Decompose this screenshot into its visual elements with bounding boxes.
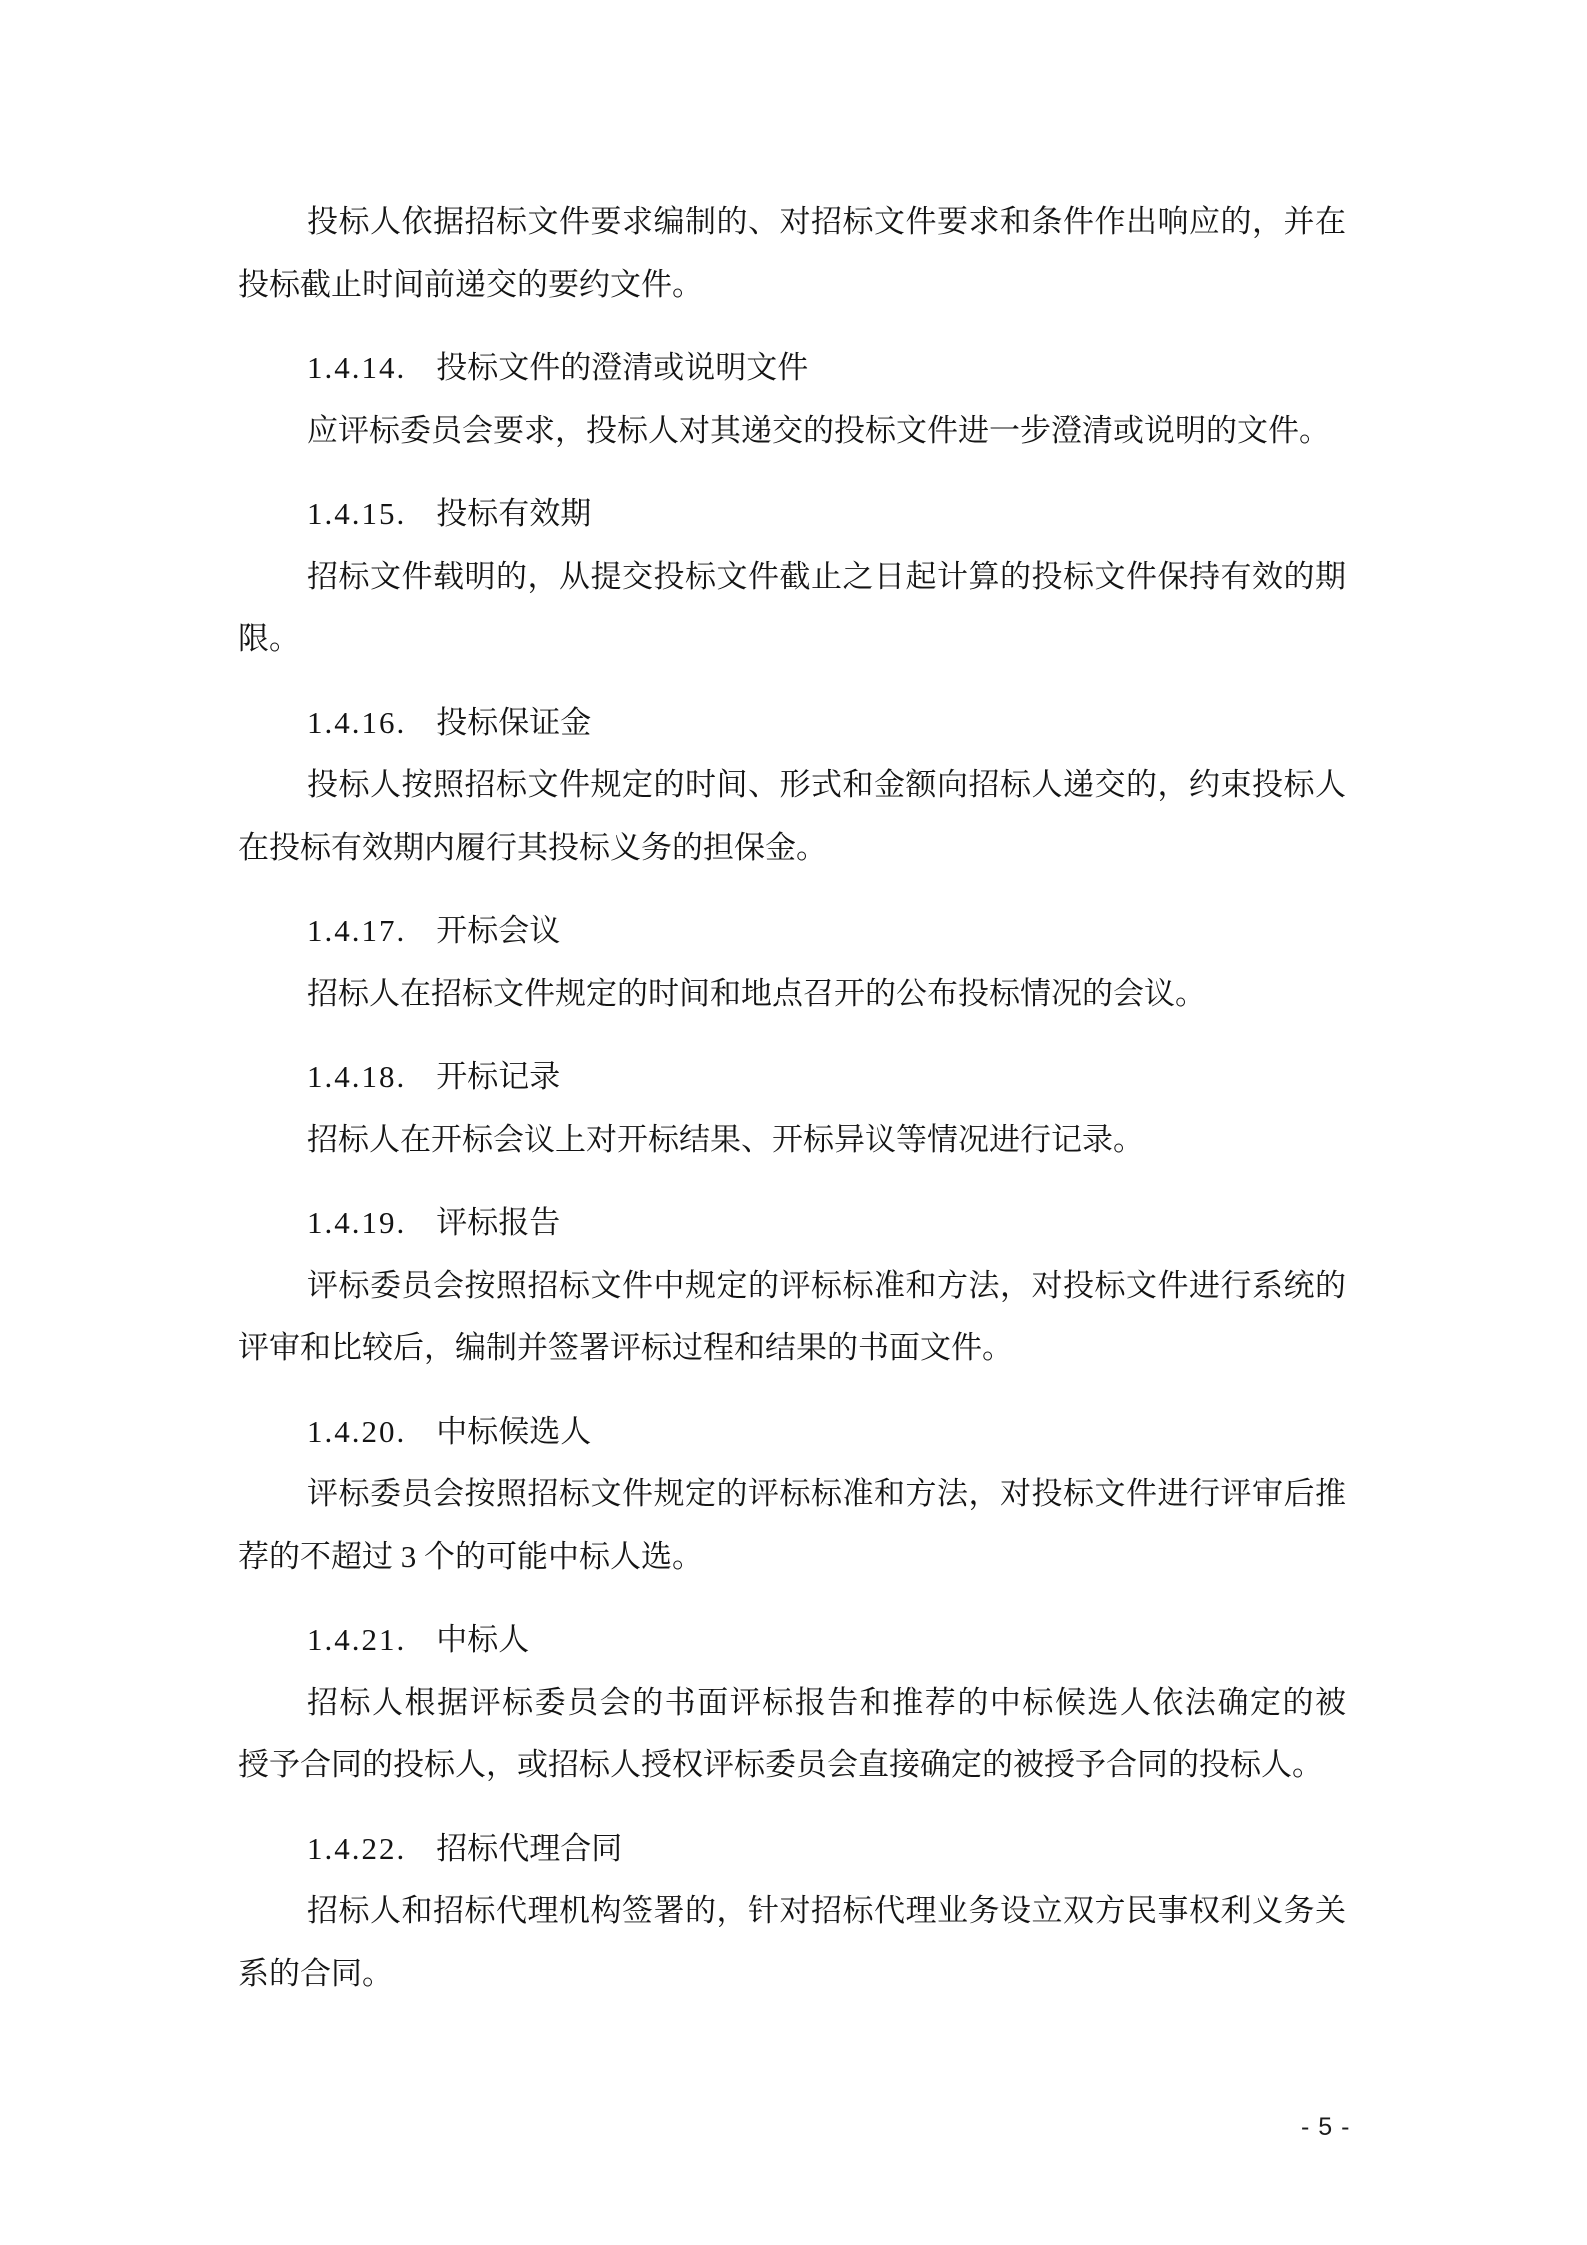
- section-title: 投标保证金: [436, 692, 591, 755]
- paragraph-line: 在投标有效期内履行其投标义务的担保金。: [238, 817, 1346, 880]
- section-title: 开标记录: [436, 1046, 560, 1109]
- paragraph-line: 投标人依据招标文件要求编制的、对招标文件要求和条件作出响应的，并在: [238, 191, 1346, 254]
- paragraph-line: 招标人在开标会议上对开标结果、开标异议等情况进行记录。: [238, 1109, 1346, 1172]
- section-heading: 1.4.17. 开标会议: [238, 900, 1346, 963]
- paragraph-line: 授予合同的投标人，或招标人授权评标委员会直接确定的被授予合同的投标人。: [238, 1734, 1346, 1797]
- section-paragraph: 招标人在开标会议上对开标结果、开标异议等情况进行记录。: [238, 1109, 1346, 1172]
- section-title: 中标人: [436, 1609, 529, 1672]
- section-heading: 1.4.21. 中标人: [238, 1609, 1346, 1672]
- paragraph-line: 投标截止时间前递交的要约文件。: [238, 254, 1346, 317]
- section-number: 1.4.19.: [307, 1192, 406, 1255]
- paragraph-line: 限。: [238, 608, 1346, 671]
- section-number: 1.4.22.: [307, 1818, 406, 1881]
- section-heading: 1.4.16. 投标保证金: [238, 692, 1346, 755]
- paragraph-line: 应评标委员会要求，投标人对其递交的投标文件进一步澄清或说明的文件。: [238, 400, 1346, 463]
- page-number: - 5 -: [1301, 2112, 1350, 2142]
- section-title: 评标报告: [436, 1192, 560, 1255]
- section-paragraph: 招标人和招标代理机构签署的，针对招标代理业务设立双方民事权利义务关 系的合同。: [238, 1880, 1346, 2005]
- section-number: 1.4.16.: [307, 692, 406, 755]
- section-number: 1.4.20.: [307, 1401, 406, 1464]
- section-heading: 1.4.15. 投标有效期: [238, 483, 1346, 546]
- section-number: 1.4.15.: [307, 483, 406, 546]
- paragraph-line: 评审和比较后，编制并签署评标过程和结果的书面文件。: [238, 1317, 1346, 1380]
- paragraph-line: 招标人根据评标委员会的书面评标报告和推荐的中标候选人依法确定的被: [238, 1672, 1346, 1735]
- section-heading: 1.4.22. 招标代理合同: [238, 1818, 1346, 1881]
- section-title: 中标候选人: [436, 1401, 591, 1464]
- section-title: 投标文件的澄清或说明文件: [436, 337, 808, 400]
- section-heading: 1.4.18. 开标记录: [238, 1046, 1346, 1109]
- paragraph-line: 系的合同。: [238, 1943, 1346, 2006]
- section-paragraph: 评标委员会按照招标文件中规定的评标标准和方法，对投标文件进行系统的 评审和比较后…: [238, 1255, 1346, 1380]
- section-paragraph: 投标人按照招标文件规定的时间、形式和金额向招标人递交的，约束投标人 在投标有效期…: [238, 754, 1346, 879]
- intro-paragraph: 投标人依据招标文件要求编制的、对招标文件要求和条件作出响应的，并在 投标截止时间…: [238, 191, 1346, 316]
- section-number: 1.4.21.: [307, 1609, 406, 1672]
- section-paragraph: 应评标委员会要求，投标人对其递交的投标文件进一步澄清或说明的文件。: [238, 400, 1346, 463]
- section-paragraph: 招标文件载明的，从提交投标文件截止之日起计算的投标文件保持有效的期 限。: [238, 546, 1346, 671]
- section-heading: 1.4.20. 中标候选人: [238, 1401, 1346, 1464]
- section-heading: 1.4.19. 评标报告: [238, 1192, 1346, 1255]
- section-heading: 1.4.14. 投标文件的澄清或说明文件: [238, 337, 1346, 400]
- section-paragraph: 招标人在招标文件规定的时间和地点召开的公布投标情况的会议。: [238, 963, 1346, 1026]
- paragraph-line: 评标委员会按照招标文件规定的评标标准和方法，对投标文件进行评审后推: [238, 1463, 1346, 1526]
- section-title: 开标会议: [436, 900, 560, 963]
- paragraph-line: 招标人在招标文件规定的时间和地点召开的公布投标情况的会议。: [238, 963, 1346, 1026]
- section-title: 招标代理合同: [436, 1818, 622, 1881]
- paragraph-line: 招标人和招标代理机构签署的，针对招标代理业务设立双方民事权利义务关: [238, 1880, 1346, 1943]
- section-paragraph: 招标人根据评标委员会的书面评标报告和推荐的中标候选人依法确定的被 授予合同的投标…: [238, 1672, 1346, 1797]
- paragraph-line: 荐的不超过 3 个的可能中标人选。: [238, 1526, 1346, 1589]
- document-body: 投标人依据招标文件要求编制的、对招标文件要求和条件作出响应的，并在 投标截止时间…: [238, 191, 1346, 2005]
- paragraph-line: 招标文件载明的，从提交投标文件截止之日起计算的投标文件保持有效的期: [238, 546, 1346, 609]
- paragraph-line: 评标委员会按照招标文件中规定的评标标准和方法，对投标文件进行系统的: [238, 1255, 1346, 1318]
- section-number: 1.4.17.: [307, 900, 406, 963]
- section-number: 1.4.18.: [307, 1046, 406, 1109]
- section-paragraph: 评标委员会按照招标文件规定的评标标准和方法，对投标文件进行评审后推 荐的不超过 …: [238, 1463, 1346, 1588]
- paragraph-line: 投标人按照招标文件规定的时间、形式和金额向招标人递交的，约束投标人: [238, 754, 1346, 817]
- section-number: 1.4.14.: [307, 337, 406, 400]
- section-title: 投标有效期: [436, 483, 591, 546]
